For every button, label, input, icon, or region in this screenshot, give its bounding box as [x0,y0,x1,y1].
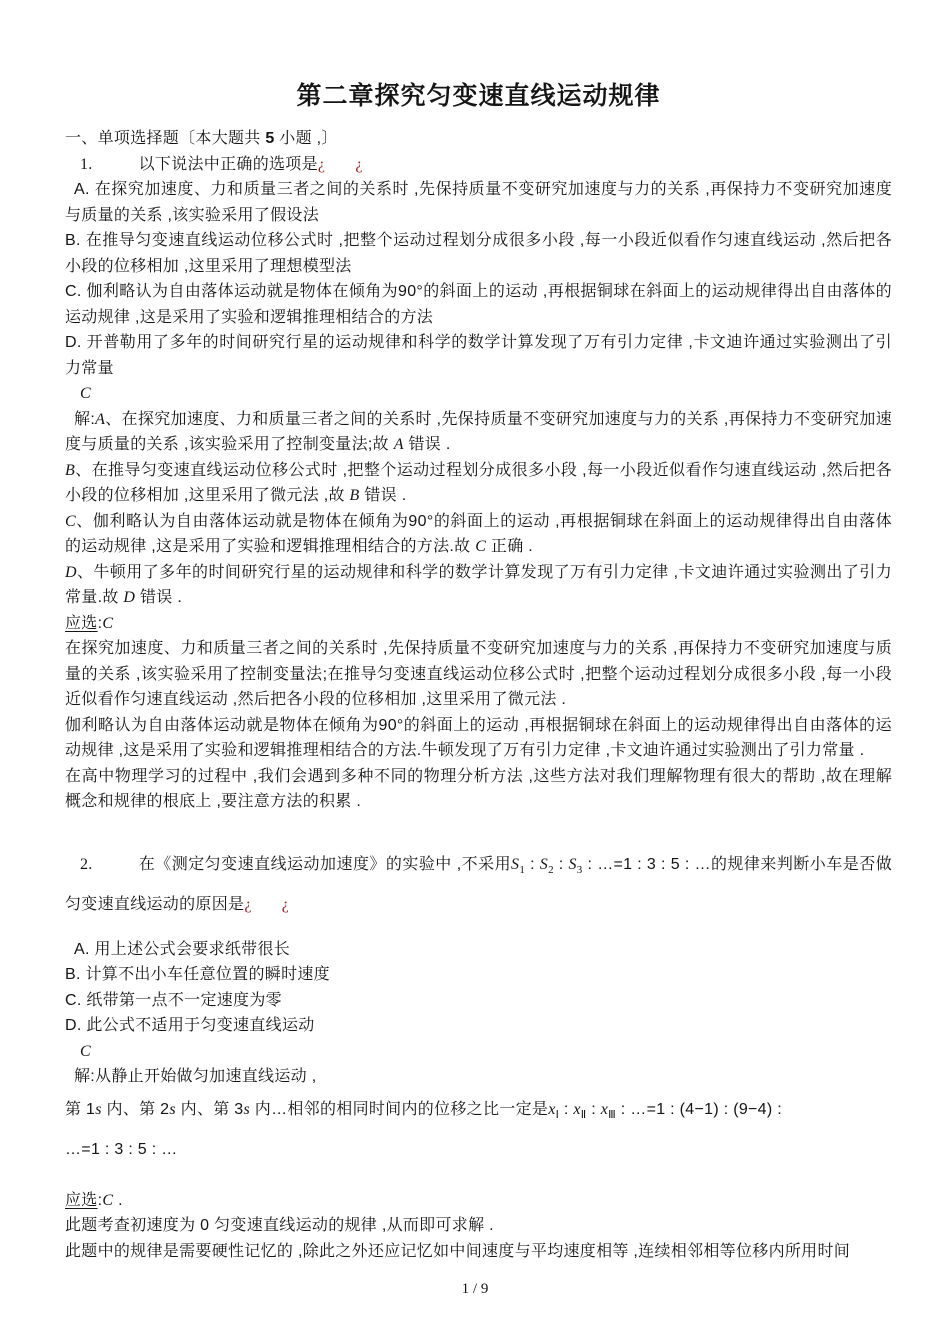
q2-option-b: B. 计算不出小车任意位置的瞬时速度 [65,962,892,988]
page-number: 1 / 9 [0,1281,950,1298]
q2-stem: 2.在《测定匀变速直线运动加速度》的实验中 ,不采用S1 : S2 : S3 :… [65,845,892,925]
q1-analysis-a: 解:A、在探究加速度、力和质量三者之间的关系时 ,先保持质量不变研究加速度与力的… [65,407,892,458]
text-segment: C [102,615,113,632]
text-segment: : [525,856,540,873]
q2-option-d: D. 此公式不适用于匀变速直线运动 [65,1013,892,1039]
text-segment: 应选 [65,615,98,632]
text-segment: …=1 : 3 : 5 : … [65,1141,178,1158]
text-segment: 错误 . [404,436,451,453]
text-segment: : …=1 : (4−1) : (9−4) : [616,1101,782,1118]
text-segment: 以下说法中正确的选项是 [139,156,318,173]
document-content: 第二章探究匀变速直线运动规律 一、单项选择题〔本大题共 5 小题 ,〕1.以下说… [65,80,892,1264]
section-heading: 一、单项选择题〔本大题共 5 小题 ,〕 [65,126,892,152]
q1-summary-1: 在探究加速度、力和质量三者之间的关系时 ,先保持质量不变研究加速度与力的关系 ,… [65,636,892,713]
text-segment: C [80,385,91,402]
text-segment: x [548,1101,555,1118]
q1-stem: 1.以下说法中正确的选项是¿¿ [65,152,892,178]
q2-note-1: 此题考查初速度为 0 匀变速直线运动的规律 ,从而即可求解 . [65,1213,892,1239]
q1-answer: C [65,381,892,407]
q2-choose: 应选:C . [65,1188,892,1214]
text-segment: : [554,856,569,873]
text-segment: D [123,589,135,606]
q2-analysis-intro: 解:从静止开始做匀加速直线运动 , [65,1064,892,1090]
text-segment: A. 用上述公式会要求纸带很长 [74,941,290,958]
text-segment: S [540,856,548,873]
q1-option-b: B. 在推导匀变速直线运动位移公式时 ,把整个运动过程划分成很多小段 ,每一小段… [65,228,892,279]
q1-analysis-c: C、伽利略认为自由落体运动就是物体在倾角为90°的斜面上的运动 ,再根据铜球在斜… [65,509,892,560]
q1-summary-2: 伽利略认为自由落体运动就是物体在倾角为90°的斜面上的运动 ,再根据铜球在斜面上… [65,713,892,764]
text-segment: : [587,1101,601,1118]
text-segment: C [80,1043,91,1060]
text-segment: 内、第 2 [102,1101,170,1118]
text-segment: B. 计算不出小车任意位置的瞬时速度 [65,966,330,983]
text-segment: x [573,1101,580,1118]
text-segment: B [65,462,75,479]
document-page: 第二章探究匀变速直线运动规律 一、单项选择题〔本大题共 5 小题 ,〕1.以下说… [0,0,950,1344]
text-segment: 1. [80,156,93,173]
text-segment: S [568,856,576,873]
text-segment: 解:从静止开始做匀加速直线运动 , [74,1068,316,1085]
q2-answer: C [65,1039,892,1065]
text-segment: 第 1 [65,1101,95,1118]
blank-answer-mark: ¿ [244,896,251,913]
text-segment: A [95,411,105,428]
page-title: 第二章探究匀变速直线运动规律 [65,80,892,112]
q1-option-a: A. 在探究加速度、力和质量三者之间的关系时 ,先保持质量不变研究加速度与力的关… [65,177,892,228]
text-segment: 在探究加速度、力和质量三者之间的关系时 ,先保持质量不变研究加速度与力的关系 ,… [65,640,892,708]
q1-analysis-b: B、在推导匀变速直线运动位移公式时 ,把整个运动过程划分成很多小段 ,每一小段近… [65,458,892,509]
text-segment: B [350,487,360,504]
text-segment: A [394,436,404,453]
q2-option-c: C. 纸带第一点不一定速度为零 [65,988,892,1014]
text-segment: 此题考查初速度为 0 匀变速直线运动的规律 ,从而即可求解 . [65,1217,494,1234]
text-segment: 、在推导匀变速直线运动位移公式时 ,把整个运动过程划分成很多小段 ,每一小段近似… [65,462,892,505]
q1-analysis-d: D、牛顿用了多年的时间研究行星的运动规律和科学的数学计算发现了万有引力定律 ,卡… [65,560,892,611]
q1-option-d: D. 开普勒用了多年的时间研究行星的运动规律和科学的数学计算发现了万有引力定律 … [65,330,892,381]
blank-answer-mark: ¿ [355,156,362,173]
text-segment: C [475,538,486,555]
text-segment: 伽利略认为自由落体运动就是物体在倾角为90°的斜面上的运动 ,再根据铜球在斜面上… [65,717,892,760]
text-segment: 2. [80,856,93,873]
text-segment: C [65,513,76,530]
text-segment: 、牛顿用了多年的时间研究行星的运动规律和科学的数学计算发现了万有引力定律 ,卡文… [65,564,892,607]
q1-note: 在高中物理学习的过程中 ,我们会遇到多种不同的物理分析方法 ,这些方法对我们理解… [65,764,892,815]
blank-answer-mark: ¿ [318,156,325,173]
text-segment: 此题中的规律是需要硬性记忆的 ,除此之外还应记忆如中间速度与平均速度相等 ,连续… [65,1243,850,1260]
text-segment: D. 开普勒用了多年的时间研究行星的运动规律和科学的数学计算发现了万有引力定律 … [65,334,892,377]
text-segment: C. 伽利略认为自由落体运动就是物体在倾角为90°的斜面上的运动 ,再根据铜球在… [65,283,892,326]
blank-answer-mark: ¿ [282,896,289,913]
q2-analysis-formula: 第 1s 内、第 2s 内、第 3s 内…相邻的相同时间内的位移之比一定是xⅠ … [65,1090,892,1170]
text-segment: 错误 . [360,487,407,504]
text-segment: C. 纸带第一点不一定速度为零 [65,992,282,1009]
text-segment: 错误 . [135,589,182,606]
q2-option-a: A. 用上述公式会要求纸带很长 [65,937,892,963]
text-segment: C [102,1192,113,1209]
text-segment: 小题 ,〕 [275,130,338,147]
text-segment: 内…相邻的相同时间内的位移之比一定是 [250,1101,548,1118]
q2-note-2: 此题中的规律是需要硬性记忆的 ,除此之外还应记忆如中间速度与平均速度相等 ,连续… [65,1239,892,1265]
text-segment: A. 在探究加速度、力和质量三者之间的关系时 ,先保持质量不变研究加速度与力的关… [65,181,892,224]
text-segment: D. 此公式不适用于匀变速直线运动 [65,1017,315,1034]
text-segment: 解: [74,411,95,428]
q1-option-c: C. 伽利略认为自由落体运动就是物体在倾角为90°的斜面上的运动 ,再根据铜球在… [65,279,892,330]
text-segment: 在《测定匀变速直线运动加速度》的实验中 ,不采用 [139,856,511,873]
text-segment: 应选 [65,1192,98,1209]
text-segment: B. 在推导匀变速直线运动位移公式时 ,把整个运动过程划分成很多小段 ,每一小段… [65,232,892,275]
text-segment: 在高中物理学习的过程中 ,我们会遇到多种不同的物理分析方法 ,这些方法对我们理解… [65,768,892,811]
text-segment: 、在探究加速度、力和质量三者之间的关系时 ,先保持质量不变研究加速度与力的关系 … [65,411,892,454]
q1-choose: 应选:C [65,611,892,637]
text-segment: 5 [265,130,274,147]
document-body: 一、单项选择题〔本大题共 5 小题 ,〕1.以下说法中正确的选项是¿¿A. 在探… [65,126,892,1264]
text-segment: : [559,1101,573,1118]
text-segment: . [113,1192,123,1209]
text-segment: 正确 . [486,538,533,555]
text-segment: 一、单项选择题〔本大题共 [65,130,265,147]
text-segment: Ⅲ [608,1109,616,1121]
text-segment: 内、第 3 [176,1101,244,1118]
text-segment: D [65,564,77,581]
